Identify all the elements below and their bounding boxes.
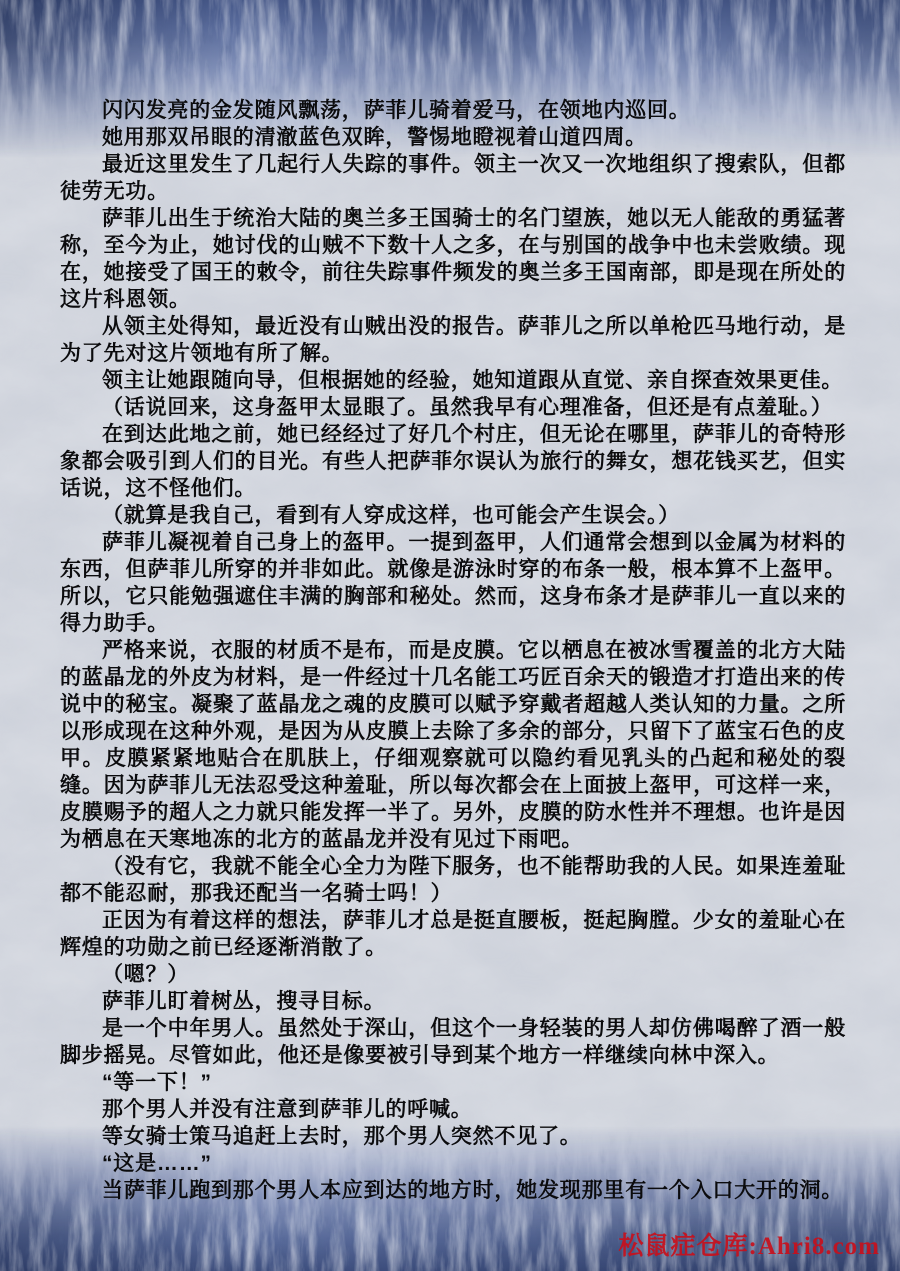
story-paragraph: 萨菲儿盯着树丛，搜寻目标。 — [60, 988, 846, 1015]
story-paragraph: 在到达此地之前，她已经经过了好几个村庄，但无论在哪里，萨菲儿的奇特形象都会吸引到… — [60, 421, 846, 502]
story-paragraph: 领主让她跟随向导，但根据她的经验，她知道跟从直觉、亲自探查效果更佳。 — [60, 367, 846, 394]
story-paragraph: 她用那双吊眼的清澈蓝色双眸，警惕地瞪视着山道四周。 — [60, 124, 846, 151]
story-text: 闪闪发亮的金发随风飘荡，萨菲儿骑着爱马，在领地内巡回。她用那双吊眼的清澈蓝色双眸… — [60, 97, 846, 1204]
story-paragraph: 当萨菲儿跑到那个男人本应到达的地方时，她发现那里有一个入口大开的洞。 — [60, 1177, 846, 1204]
story-paragraph: （没有它，我就不能全心全力为陛下服务，也不能帮助我的人民。如果连羞耻都不能忍耐，… — [60, 853, 846, 907]
story-paragraph: 闪闪发亮的金发随风飘荡，萨菲儿骑着爱马，在领地内巡回。 — [60, 97, 846, 124]
story-paragraph: （就算是我自己，看到有人穿成这样，也可能会产生误会。） — [60, 502, 846, 529]
story-paragraph: 严格来说，衣服的材质不是布，而是皮膜。它以栖息在被冰雪覆盖的北方大陆的蓝晶龙的外… — [60, 637, 846, 853]
story-paragraph: “等一下！” — [60, 1069, 846, 1096]
story-paragraph: 萨菲儿出生于统治大陆的奥兰多王国骑士的名门望族，她以无人能敌的勇猛著称，至今为止… — [60, 205, 846, 313]
story-paragraph: 从领主处得知，最近没有山贼出没的报告。萨菲儿之所以单枪匹马地行动，是为了先对这片… — [60, 313, 846, 367]
watermark: 松鼠症仓库:Ahri8.com — [619, 1226, 881, 1262]
story-paragraph: “这是……” — [60, 1150, 846, 1177]
story-paragraph: 那个男人并没有注意到萨菲儿的呼喊。 — [60, 1096, 846, 1123]
novel-page: 闪闪发亮的金发随风飘荡，萨菲儿骑着爱马，在领地内巡回。她用那双吊眼的清澈蓝色双眸… — [0, 0, 900, 1271]
story-paragraph: （嗯？） — [60, 961, 846, 988]
story-paragraph: 等女骑士策马追赶上去时，那个男人突然不见了。 — [60, 1123, 846, 1150]
story-paragraph: 最近这里发生了几起行人失踪的事件。领主一次又一次地组织了搜索队，但都徒劳无功。 — [60, 151, 846, 205]
story-paragraph: 正因为有着这样的想法，萨菲儿才总是挺直腰板，挺起胸膛。少女的羞耻心在辉煌的功勋之… — [60, 907, 846, 961]
story-paragraph: （话说回来，这身盔甲太显眼了。虽然我早有心理准备，但还是有点羞耻。） — [60, 394, 846, 421]
story-paragraph: 是一个中年男人。虽然处于深山，但这个一身轻装的男人却仿佛喝醉了酒一般脚步摇晃。尽… — [60, 1015, 846, 1069]
story-paragraph: 萨菲儿凝视着自己身上的盔甲。一提到盔甲，人们通常会想到以金属为材料的东西，但萨菲… — [60, 529, 846, 637]
